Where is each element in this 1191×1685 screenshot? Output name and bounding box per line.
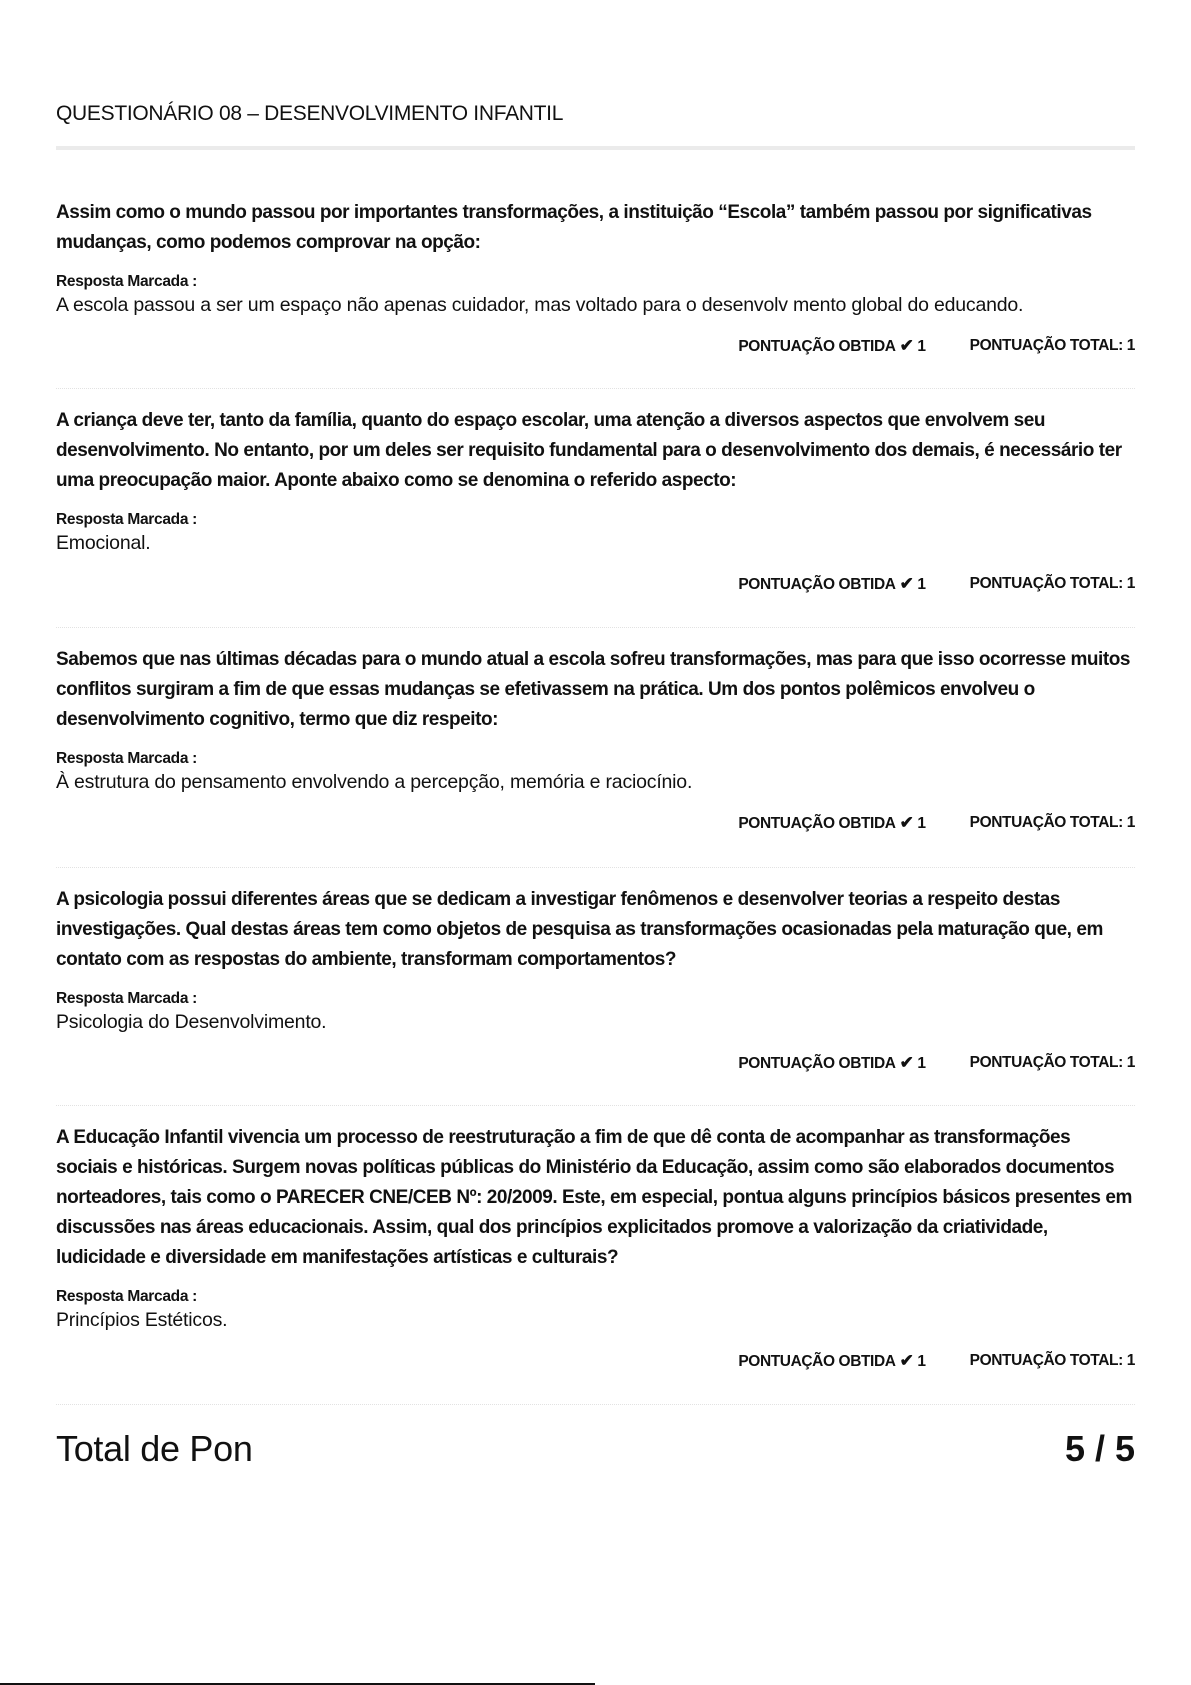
score-obtained: PONTUAÇÃO OBTIDA✔1 bbox=[738, 1351, 925, 1371]
score-row: PONTUAÇÃO OBTIDA✔1 PONTUAÇÃO TOTAL: 1 bbox=[56, 572, 1135, 596]
page-title: QUESTIONÁRIO 08 – DESENVOLVIMENTO INFANT… bbox=[56, 102, 563, 126]
score-row: PONTUAÇÃO OBTIDA✔1 PONTUAÇÃO TOTAL: 1 bbox=[56, 334, 1135, 358]
answer-text: Psicologia do Desenvolvimento. bbox=[56, 1009, 1135, 1035]
question-divider bbox=[56, 867, 1135, 868]
score-row: PONTUAÇÃO OBTIDA✔1 PONTUAÇÃO TOTAL: 1 bbox=[56, 1349, 1135, 1373]
question-text: Sabemos que nas últimas décadas para o m… bbox=[56, 645, 1135, 735]
question-text: Assim como o mundo passou por importante… bbox=[56, 198, 1135, 258]
answer-label: Resposta Marcada : bbox=[56, 272, 1135, 292]
title-divider bbox=[56, 146, 1135, 150]
question-divider bbox=[56, 627, 1135, 628]
score-total: PONTUAÇÃO TOTAL: 1 bbox=[970, 1054, 1135, 1072]
score-total: PONTUAÇÃO TOTAL: 1 bbox=[970, 575, 1135, 593]
total-score-value: 5 / 5 bbox=[1065, 1428, 1135, 1470]
question-block: A criança deve ter, tanto da família, qu… bbox=[56, 406, 1135, 596]
question-text: A criança deve ter, tanto da família, qu… bbox=[56, 406, 1135, 496]
answer-label: Resposta Marcada : bbox=[56, 989, 1135, 1009]
question-block: A psicologia possui diferentes áreas que… bbox=[56, 885, 1135, 1075]
question-block: Assim como o mundo passou por importante… bbox=[56, 198, 1135, 358]
question-text: A Educação Infantil vivencia um processo… bbox=[56, 1123, 1135, 1273]
answer-label: Resposta Marcada : bbox=[56, 749, 1135, 769]
answer-text: A escola passou a ser um espaço não apen… bbox=[56, 292, 1135, 318]
score-total: PONTUAÇÃO TOTAL: 1 bbox=[970, 337, 1135, 355]
answer-label: Resposta Marcada : bbox=[56, 510, 1135, 530]
check-icon: ✔ bbox=[900, 574, 914, 593]
answer-label: Resposta Marcada : bbox=[56, 1287, 1135, 1307]
question-block: Sabemos que nas últimas décadas para o m… bbox=[56, 645, 1135, 835]
answer-text: À estrutura do pensamento envolvendo a p… bbox=[56, 769, 1135, 795]
check-icon: ✔ bbox=[900, 1053, 914, 1072]
total-score-label: Total de Pon bbox=[56, 1428, 253, 1470]
score-row: PONTUAÇÃO OBTIDA✔1 PONTUAÇÃO TOTAL: 1 bbox=[56, 1051, 1135, 1075]
total-score-row: Total de Pon 5 / 5 bbox=[56, 1428, 1135, 1470]
question-block: A Educação Infantil vivencia um processo… bbox=[56, 1123, 1135, 1373]
question-divider bbox=[56, 1105, 1135, 1106]
question-divider bbox=[56, 388, 1135, 389]
check-icon: ✔ bbox=[900, 336, 914, 355]
score-obtained: PONTUAÇÃO OBTIDA✔1 bbox=[738, 813, 925, 833]
score-obtained: PONTUAÇÃO OBTIDA✔1 bbox=[738, 1053, 925, 1073]
check-icon: ✔ bbox=[900, 1351, 914, 1370]
score-obtained: PONTUAÇÃO OBTIDA✔1 bbox=[738, 574, 925, 594]
question-divider bbox=[56, 1404, 1135, 1405]
score-total: PONTUAÇÃO TOTAL: 1 bbox=[970, 1352, 1135, 1370]
score-row: PONTUAÇÃO OBTIDA✔1 PONTUAÇÃO TOTAL: 1 bbox=[56, 811, 1135, 835]
score-obtained: PONTUAÇÃO OBTIDA✔1 bbox=[738, 336, 925, 356]
question-text: A psicologia possui diferentes áreas que… bbox=[56, 885, 1135, 975]
answer-text: Emocional. bbox=[56, 530, 1135, 556]
score-total: PONTUAÇÃO TOTAL: 1 bbox=[970, 814, 1135, 832]
answer-text: Princípios Estéticos. bbox=[56, 1307, 1135, 1333]
check-icon: ✔ bbox=[900, 813, 914, 832]
